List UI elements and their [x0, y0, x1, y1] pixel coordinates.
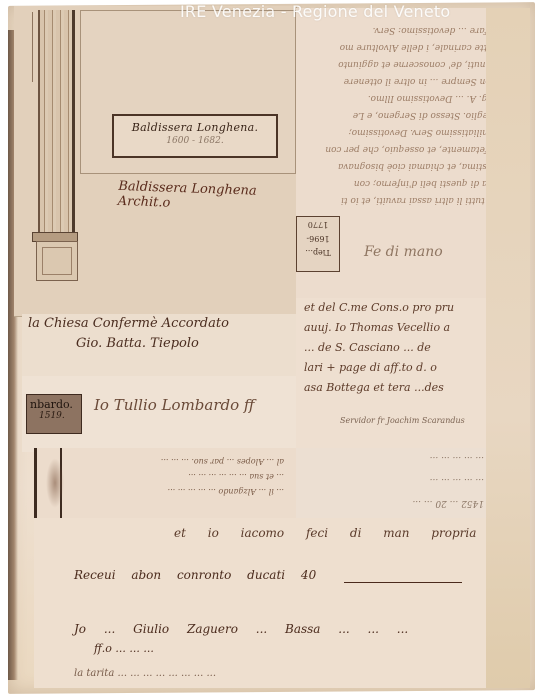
letter-line: ... affetamente, et ossequio, che per co… — [304, 140, 508, 157]
receipt-rule — [344, 582, 462, 583]
tiepolo-upside-label: 1696-1770 Tiep... — [296, 216, 340, 272]
lower-right-line: ... ... ... ... ... — [296, 470, 490, 492]
letter-line: ... et tutti li altri assai ravuiti, et … — [304, 191, 508, 208]
letter-line: ... Venuti, de' conoscerne et aggiunto — [304, 55, 508, 72]
lombardo-signature: Io Tullio Lombardo ff — [94, 396, 255, 414]
notary-line: asa Bottega et tera ...des — [296, 378, 510, 398]
receipt-line-3: Jo ... Giulio Zaguero ... Bassa ... ... … — [74, 622, 408, 636]
longhena-label-years: 1600 - 1682. — [114, 136, 276, 146]
letter-line: ... meglio. Stesso di Sergeno, e Le — [304, 106, 508, 123]
fragment-upside-strip: al ... Alopes ... par suo. ... ... ... .… — [34, 448, 296, 518]
lombardo-label: nbardo. 1519. — [26, 394, 82, 434]
ink-stain — [46, 458, 64, 508]
letter-line: fare stima, et chiamai cioè bisognava — [304, 157, 508, 174]
right-margin-strip — [486, 8, 530, 688]
upside-label-years: 1696-1770 — [297, 217, 339, 245]
lower-right-line: 1452 ... 20 ... ... — [296, 492, 490, 514]
strip-rule — [34, 448, 37, 518]
tiepolo-text-line1: la Chiesa Confermè Accordato — [28, 316, 229, 331]
longhena-signature: Baldissera Longhena Archit.o — [118, 179, 297, 215]
watermark: IRE Venezia - Regione del Veneto — [180, 2, 450, 21]
lombardo-label-name: nbardo. — [27, 398, 81, 411]
fe-mano-signature: Fe di mano — [364, 244, 443, 260]
letter-line: ... il fare ... devotissimo: Serv. — [304, 21, 508, 38]
fragment-receipt: et io iacomo feci di man propria Receui … — [34, 518, 489, 688]
notary-line: et del C.me Cons.o pro pru — [296, 298, 510, 318]
letter-text: ... et tutti li altri assai ravuiti, et … — [304, 21, 508, 208]
longhena-label-name: Baldissera Longhena. — [114, 121, 276, 134]
fragment-tiepolo: la Chiesa Confermè Accordato Gio. Batta.… — [22, 314, 296, 377]
upside-label-name: Tiep... — [297, 245, 339, 259]
fragment-lower-right: ... ... ... ... ... ... ... ... ... ... … — [296, 448, 491, 522]
lower-right-line: ... ... ... ... ... — [296, 448, 490, 470]
notary-line: ... de S. Casciano ... de — [296, 338, 510, 358]
letter-line: ... umiliatissimo Serv. Devotissimo; — [304, 123, 508, 140]
tiepolo-signature: Gio. Batta. Tiepolo — [76, 336, 199, 351]
fragment-longhena: Baldissera Longhena. 1600 - 1682. Baldis… — [14, 6, 297, 317]
receipt-line-5: la tarita ... ... ... ... ... ... ... ..… — [74, 668, 216, 679]
fragment-lombardo: nbardo. 1519. Io Tullio Lombardo ff — [22, 376, 296, 452]
lombardo-label-year: 1519. — [27, 411, 81, 421]
notary-line: lari + page di aff.to d. o — [296, 358, 510, 378]
letter-line: bonta di questi beli d'inferno; con — [304, 174, 508, 191]
column-drawing — [38, 10, 75, 232]
letter-line: ... Sig. A. ... Devotissimo Illmo. — [304, 89, 508, 106]
fragment-letter: ... et tutti li altri assai ravuiti, et … — [296, 8, 517, 298]
notary-line: auuj. Io Thomas Vecellio a — [296, 318, 510, 338]
strip-line: ... et sua ... ... ... ... ... ... — [64, 469, 290, 484]
notary-signature: Servidor fr Joachim Scarandus — [340, 416, 465, 425]
receipt-line-2: Receui abon conronto ducati 40 — [74, 568, 316, 582]
pedestal-drawing — [36, 241, 78, 281]
receipt-line-4: ff.o ... ... ... — [94, 642, 154, 655]
letter-line: ... non Sempre ... in oltre il ottenere — [304, 72, 508, 89]
longhena-label: Baldissera Longhena. 1600 - 1682. — [112, 114, 278, 158]
strip-line: ... il ... Alzgando ... ... ... ... ... — [64, 484, 290, 499]
letter-line: ... tutte carinale, i delle Alvolture mo — [304, 38, 508, 55]
receipt-line-1: et io iacomo feci di man propria — [174, 526, 476, 540]
fragment-notary: et del C.me Cons.o pro pru auuj. Io Thom… — [296, 298, 510, 448]
strip-line: al ... Alopes ... par suo. ... ... ... — [64, 454, 290, 469]
